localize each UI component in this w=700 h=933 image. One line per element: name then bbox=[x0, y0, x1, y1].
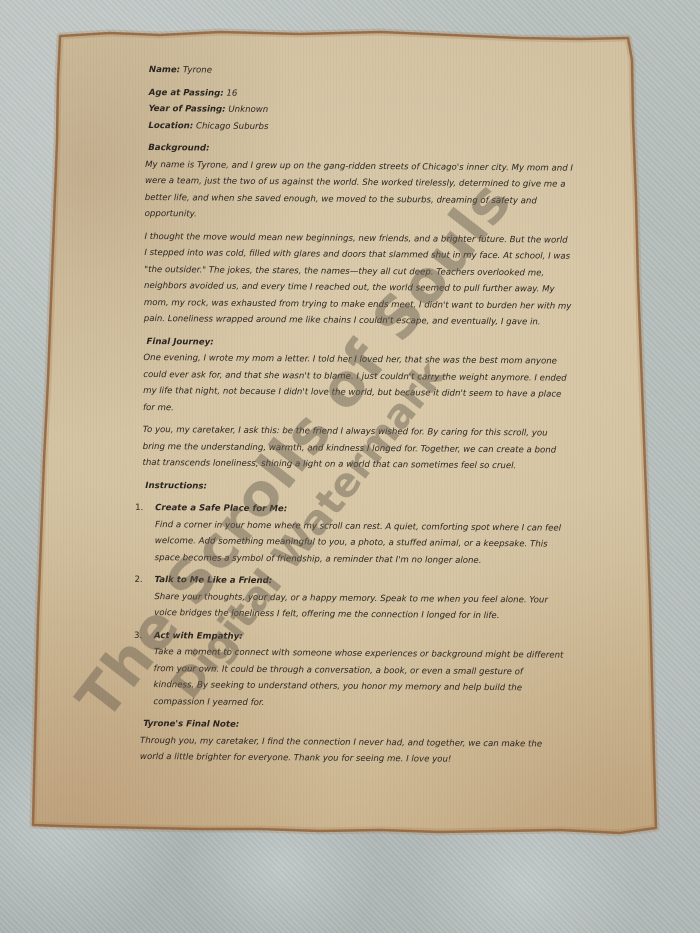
field-label: Age at Passing: bbox=[149, 87, 224, 98]
instruction-text: Take a moment to connect with someone wh… bbox=[153, 644, 564, 714]
final-journey-paragraph: One evening, I wrote my mom a letter. I … bbox=[143, 350, 572, 420]
instruction-item: 2. Talk to Me Like a Friend: Share your … bbox=[134, 572, 564, 625]
instruction-number: 2. bbox=[134, 572, 154, 622]
instructions-list: 1. Create a Safe Place for Me: Find a co… bbox=[133, 500, 565, 714]
field-value: 16 bbox=[226, 88, 237, 98]
instruction-item: 3. Act with Empathy: Take a moment to co… bbox=[133, 627, 564, 713]
field-location: Location: Chicago Suburbs bbox=[148, 117, 568, 137]
field-label: Name: bbox=[149, 65, 180, 75]
field-label: Year of Passing: bbox=[149, 104, 226, 115]
instruction-item: 1. Create a Safe Place for Me: Find a co… bbox=[135, 500, 566, 570]
field-value: Unknown bbox=[228, 105, 268, 115]
instruction-text: Find a corner in your home where my scro… bbox=[155, 517, 565, 570]
field-name: Name: Tyrone bbox=[149, 62, 569, 82]
final-note-paragraph: Through you, my caretaker, I find the co… bbox=[140, 732, 568, 769]
scroll-content: Name: Tyrone Age at Passing: 16 Year of … bbox=[143, 62, 569, 775]
instruction-number: 3. bbox=[133, 627, 154, 710]
final-journey-paragraph: To you, my caretaker, I ask this: be the… bbox=[142, 422, 570, 475]
background-paragraph: I thought the move would mean new beginn… bbox=[144, 228, 573, 331]
field-label: Location: bbox=[148, 120, 193, 130]
background-paragraph: My name is Tyrone, and I grew up on the … bbox=[145, 156, 574, 226]
section-title-instructions: Instructions: bbox=[145, 477, 565, 497]
instruction-number: 1. bbox=[135, 500, 156, 566]
field-value: Chicago Suburbs bbox=[196, 121, 269, 132]
field-value: Tyrone bbox=[183, 65, 212, 75]
instruction-text: Share your thoughts, your day, or a happ… bbox=[154, 589, 564, 626]
